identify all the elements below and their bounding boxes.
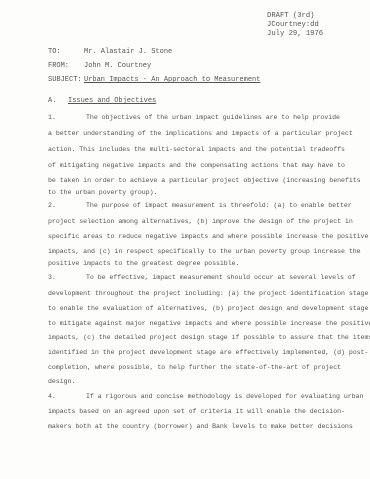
paragraph-line: The purpose of impact measurement is thr… [86,202,352,209]
paragraph-number: 3. [48,274,56,281]
subject-label: SUBJECT: [48,76,84,84]
paragraph-line: a better understanding of the implicatio… [48,130,353,137]
to-recipient: Mr. Alastair J. Stone [84,48,172,56]
paragraph-line: design. [48,378,75,385]
paragraph-line: to the urban poverty group). [48,189,157,196]
paragraph-line: identified in the project development st… [48,349,368,356]
section-letter: A. [48,97,56,105]
paragraph-line: be taken in order to achieve a particula… [48,177,361,184]
section-heading: A. Issues and Objectives [48,97,56,105]
memo-to: TO: Mr. Alastair J. Stone [48,48,84,56]
paragraph-line: of mitigating negative impacts and the c… [48,162,345,169]
draft-header: DRAFT (3rd) JCourtney:dd July 29, 1976 [267,12,323,39]
section-title: Issues and Objectives [68,97,156,105]
paragraph-line: impacts, and (c) in respect specifically… [48,248,361,255]
document-page: DRAFT (3rd) JCourtney:dd July 29, 1976 T… [0,0,370,479]
paragraph-line: positive impacts to the greatest degree … [48,260,239,267]
draft-label: DRAFT (3rd) [267,12,323,21]
from-sender: John M. Courtney [84,62,151,70]
paragraph-number: 4. [48,393,56,400]
paragraph-line: to enable the evaluation of alternatives… [48,305,368,312]
paragraph-line: If a rigorous and concise methodology is… [86,393,363,400]
paragraph-line: specific areas to reduce negative impact… [48,233,368,240]
paragraph-line: The objectives of the urban impact guide… [86,114,340,121]
from-label: FROM: [48,62,84,70]
author-initials: JCourtney:dd [267,21,323,30]
paragraph-line: action. This includes the multi-sectoral… [48,146,345,153]
to-label: TO: [48,48,84,56]
memo-subject: SUBJECT: Urban Impacts - An Approach to … [48,76,84,84]
paragraph-number: 1. [48,114,56,121]
paragraph-line: impacts based on an agreed upon set of c… [48,408,345,415]
paragraph-line: impacts, (c) the detailed project design… [48,334,370,341]
memo-from: FROM: John M. Courtney [48,62,84,70]
paragraph-number: 2. [48,202,56,209]
paragraph-line: to mitigate against major negative impac… [48,320,370,327]
paragraph-line: To be effective, impact measurement shou… [86,274,356,281]
paragraph-line: development throughout the project inclu… [48,290,368,297]
paragraph-line: completion, where possible, to help furt… [48,364,341,371]
document-date: July 29, 1976 [267,30,323,39]
paragraph-line: makers both at the country (borrower) an… [48,423,353,430]
subject-text: Urban Impacts - An Approach to Measureme… [84,76,260,84]
paragraph-line: project selection among alternatives, (b… [48,218,353,225]
